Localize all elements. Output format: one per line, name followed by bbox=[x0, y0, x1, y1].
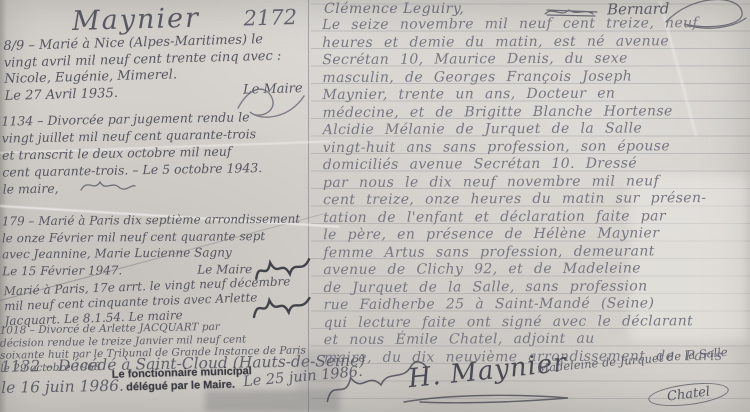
municipal-officer-stamp: Le fonctionnaire municipal délégué par l… bbox=[112, 365, 253, 394]
act-line: domiciliés avenue Secrétan 10. Dressé bbox=[323, 155, 747, 175]
margin-note-divorce-1943: 1134 – Divorcée par jugement rendu le vi… bbox=[1, 107, 302, 197]
mayor-signature-flourish bbox=[78, 176, 138, 196]
note-line: 179 – Marié à Paris dix septième arrondi… bbox=[2, 211, 307, 230]
signature-underline-flourish bbox=[400, 392, 575, 408]
previous-act-ending: Clémence Leguiry, bbox=[324, 1, 464, 17]
act-line: par nous le dix neuf novembre mil neuf bbox=[323, 172, 747, 192]
civil-register-scan: Maynier 2172 8/9 – Marié à Nice (Alpes-M… bbox=[0, 0, 750, 412]
act-line: femme Artus sans profession, demeurant bbox=[323, 242, 747, 262]
birth-act-body: Le seize novembre mil neuf cent treize, … bbox=[322, 15, 748, 367]
note-date: Le 27 Avril 1935. bbox=[4, 85, 118, 104]
act-line: heures et demie du matin, est né avenue bbox=[322, 32, 746, 52]
act-line: masculin, de Georges François Joseph bbox=[322, 67, 746, 87]
act-line: médecine, et de Brigitte Blanche Hortens… bbox=[323, 102, 747, 122]
note-line: le onze Février mil neuf cent quarante s… bbox=[2, 227, 307, 246]
act-line: Maynier, trente un ans, Docteur en bbox=[322, 85, 746, 105]
act-number: 2172 bbox=[243, 5, 297, 30]
note-signoff: le maire, bbox=[2, 181, 58, 197]
act-surname: Maynier bbox=[72, 3, 201, 37]
act-line: qui lecture faite ont signé avec le décl… bbox=[324, 312, 748, 332]
act-line: tation de l'enfant et déclaration faite … bbox=[323, 207, 747, 227]
act-line: vingt-huit ans sans profession, son épou… bbox=[323, 137, 747, 157]
act-line: de Jurquet de la Salle, sans profession bbox=[323, 277, 747, 297]
note-date: Le 15 Février 1947. bbox=[2, 262, 122, 280]
act-line: le père, en présence de Hélène Maynier bbox=[323, 225, 747, 245]
act-line: cent treize, onze heures du matin sur pr… bbox=[323, 190, 747, 210]
act-line: avenue de Clichy 92, et de Madeleine bbox=[323, 260, 747, 280]
act-line: et nous Émile Chatel, adjoint au bbox=[324, 330, 748, 350]
act-line: rue Faidherbe 25 à Saint-Mandé (Seine) bbox=[324, 295, 748, 315]
act-line: Secrétan 10, Maurice Denis, du sexe bbox=[322, 50, 746, 70]
act-line: Le seize novembre mil neuf cent treize, … bbox=[322, 15, 746, 35]
act-line: Alcidie Mélanie de Jurquet de la Salle bbox=[323, 120, 747, 140]
